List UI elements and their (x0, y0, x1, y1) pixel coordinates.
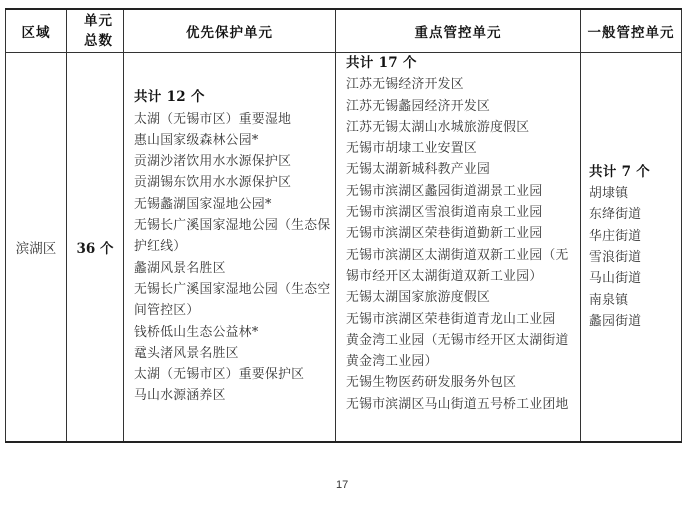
key-control-item: 无锡市滨湖区雪浪街道南泉工业园 (346, 202, 578, 223)
priority-protection-list: 共计 12 个 太湖（无锡市区）重要湿地惠山国家级森林公园*贡湖沙渚饮用水水源保… (124, 87, 335, 406)
general-control-item: 马山街道 (589, 268, 681, 289)
general-control-item: 南泉镇 (589, 290, 681, 311)
key-control-item: 无锡生物医药研发服务外包区 (346, 372, 578, 393)
priority-item: 鼋头渚风景名胜区 (134, 343, 331, 364)
general-control-list: 共计 7 个 胡埭镇东绛街道华庄街道雪浪街道马山街道南泉镇蠡园街道 (581, 162, 681, 332)
priority-item: 贡湖锡东饮用水水源保护区 (134, 172, 331, 193)
header-key-control: 重点管控单元 (336, 9, 581, 53)
key-control-item: 江苏无锡经济开发区 (346, 74, 578, 95)
key-control-item: 黄金湾工业园（无锡市经开区太湖街道黄金湾工业园） (346, 330, 578, 373)
page-number: 17 (336, 479, 348, 491)
key-total: 共计 17 个 (346, 53, 578, 74)
environmental-control-units-table: 区域 单元 总数 优先保护单元 重点管控单元 一般管控单元 滨湖区 36 个 共… (5, 8, 682, 443)
key-control-item: 无锡市滨湖区荣巷街道勤新工业园 (346, 223, 578, 244)
header-row: 区域 单元 总数 优先保护单元 重点管控单元 一般管控单元 (6, 9, 682, 53)
key-control-cell: 共计 17 个 江苏无锡经济开发区江苏无锡蠡园经济开发区江苏无锡太湖山水城旅游度… (336, 53, 581, 443)
header-region: 区域 (6, 9, 67, 53)
header-general-control: 一般管控单元 (581, 9, 682, 53)
priority-item: 太湖（无锡市区）重要保护区 (134, 364, 331, 385)
key-control-item: 无锡太湖国家旅游度假区 (346, 287, 578, 308)
general-control-item: 华庄街道 (589, 226, 681, 247)
key-control-item: 无锡市胡埭工业安置区 (346, 138, 578, 159)
key-control-item: 无锡市滨湖区荣巷街道青龙山工业园 (346, 309, 578, 330)
header-priority-protection: 优先保护单元 (124, 9, 336, 53)
region-cell: 滨湖区 (6, 53, 67, 443)
key-control-item: 无锡市滨湖区太湖街道双新工业园（无锡市经开区太湖街道双新工业园） (346, 245, 578, 288)
general-control-item: 雪浪街道 (589, 247, 681, 268)
priority-item: 蠡湖风景名胜区 (134, 258, 331, 279)
priority-item: 太湖（无锡市区）重要湿地 (134, 109, 331, 130)
priority-item: 马山水源涵养区 (134, 385, 331, 406)
general-control-item: 蠡园街道 (589, 311, 681, 332)
header-unit-total-line1: 单元 (67, 11, 113, 31)
priority-item: 无锡长广溪国家湿地公园（生态保护红线） (134, 215, 331, 258)
priority-total: 共计 12 个 (134, 87, 331, 108)
priority-item: 无锡长广溪国家湿地公园（生态空间管控区） (134, 279, 331, 322)
priority-item: 无锡蠡湖国家湿地公园* (134, 194, 331, 215)
priority-item: 贡湖沙渚饮用水水源保护区 (134, 151, 331, 172)
general-total: 共计 7 个 (589, 162, 681, 183)
key-control-list: 共计 17 个 江苏无锡经济开发区江苏无锡蠡园经济开发区江苏无锡太湖山水城旅游度… (336, 53, 580, 415)
general-control-item: 东绛街道 (589, 204, 681, 225)
header-unit-total-line2: 总数 (67, 31, 113, 51)
key-control-item: 无锡市滨湖区蠡园街道湖景工业园 (346, 181, 578, 202)
key-control-item: 无锡太湖新城科教产业园 (346, 159, 578, 180)
priority-item: 惠山国家级森林公园* (134, 130, 331, 151)
unit-total-cell: 36 个 (67, 53, 124, 443)
general-control-cell: 共计 7 个 胡埭镇东绛街道华庄街道雪浪街道马山街道南泉镇蠡园街道 (581, 53, 682, 443)
header-unit-total: 单元 总数 (67, 9, 124, 53)
table-row: 滨湖区 36 个 共计 12 个 太湖（无锡市区）重要湿地惠山国家级森林公园*贡… (6, 53, 682, 443)
key-control-item: 江苏无锡太湖山水城旅游度假区 (346, 117, 578, 138)
key-control-item: 江苏无锡蠡园经济开发区 (346, 96, 578, 117)
priority-item: 钱桥低山生态公益林* (134, 322, 331, 343)
key-control-item: 无锡市滨湖区马山街道五号桥工业团地 (346, 394, 578, 415)
general-control-item: 胡埭镇 (589, 183, 681, 204)
priority-protection-cell: 共计 12 个 太湖（无锡市区）重要湿地惠山国家级森林公园*贡湖沙渚饮用水水源保… (124, 53, 336, 443)
